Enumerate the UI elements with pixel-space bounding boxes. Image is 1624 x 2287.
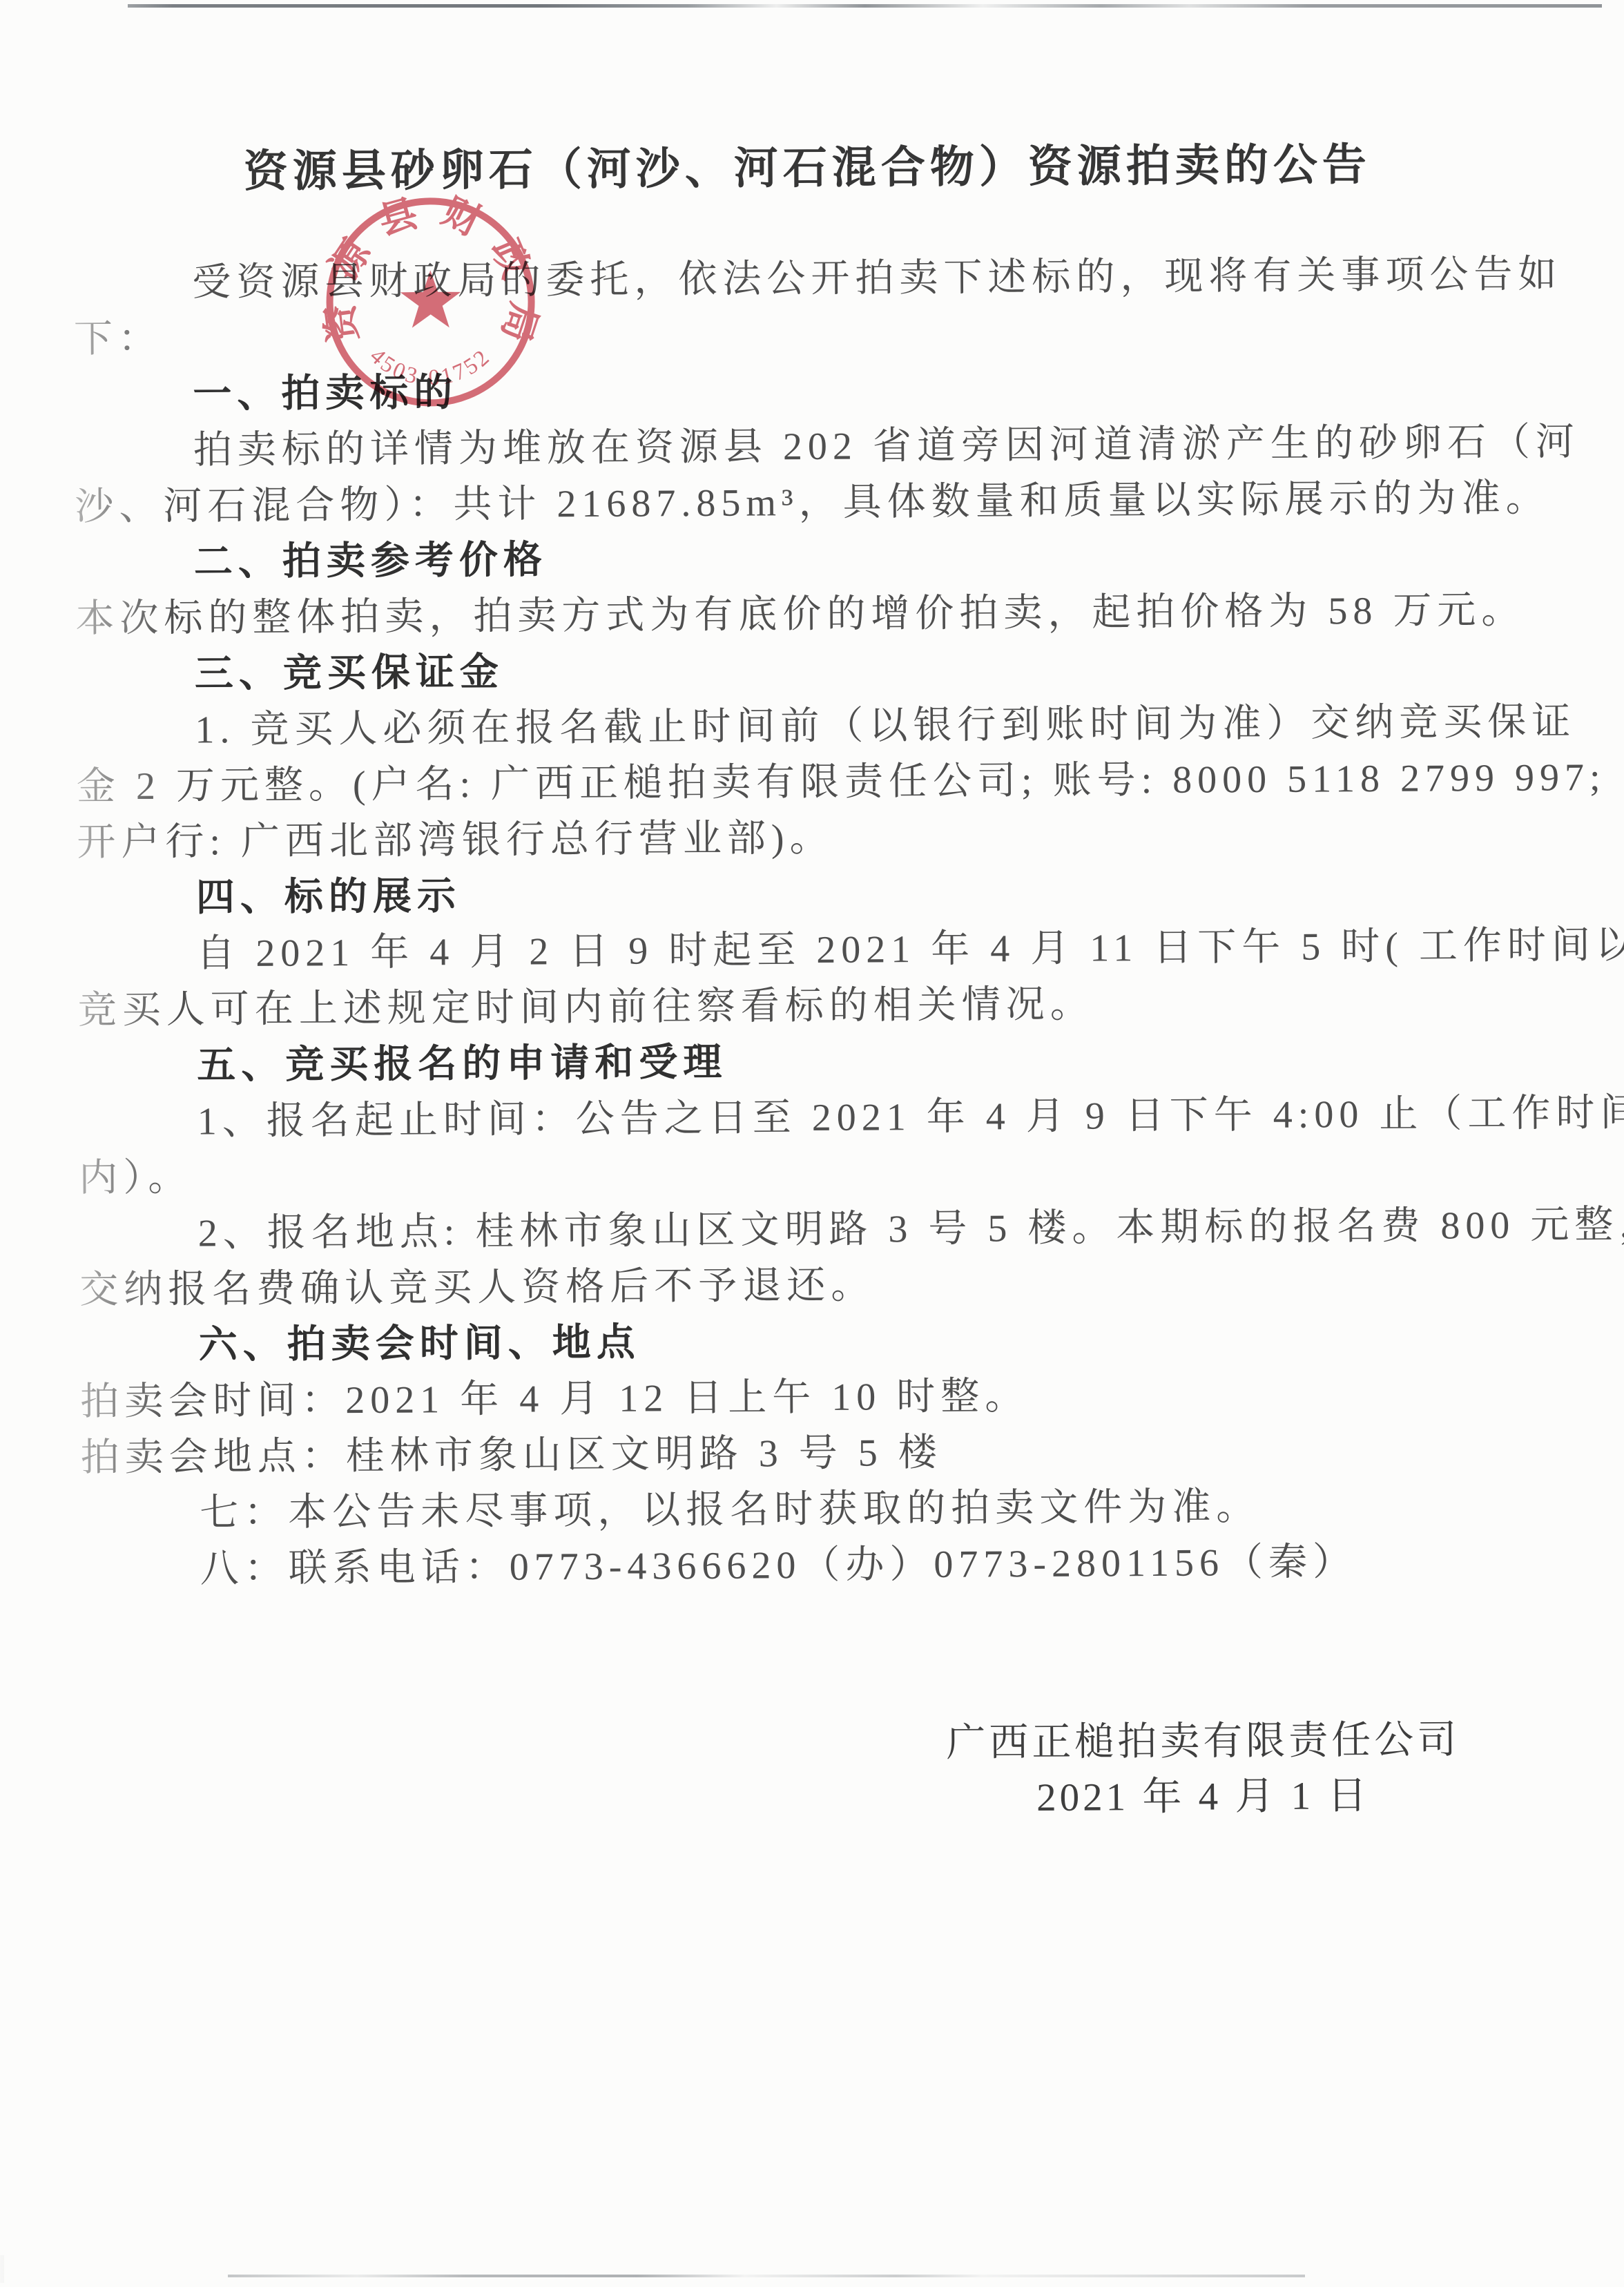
section-heading-1: 一、拍卖标的 [74,358,1586,423]
doc-line: 开户行: 广西北部湾银行总行营业部)。 [77,806,1589,871]
doc-line: 自 2021 年 4 月 2 日 9 时起至 2021 年 4 月 11 日下午… [77,918,1589,983]
signature-block: 广西正槌拍卖有限责任公司 2021 年 4 月 1 日 [930,1712,1476,1826]
scan-artifact-left-tick [0,2255,4,2283]
section-heading-4: 四、标的展示 [77,862,1589,927]
section-heading-5: 五、竞买报名的申请和受理 [78,1030,1590,1094]
section-heading-2: 二、拍卖参考价格 [75,526,1587,591]
seal-star-icon [400,270,461,328]
document-content: 资源县砂卵石（河沙、河石混合物）资源拍卖的公告 受资源县财政局的委托，依法公开拍… [0,0,1624,2287]
doc-line: 拍卖标的详情为堆放在资源县 202 省道旁因河道清淤产生的砂卵石（河 [75,414,1587,479]
signature-date: 2021 年 4 月 1 日 [931,1768,1476,1826]
doc-line: 竞买人可在上述规定时间内前往察看标的相关情况。 [78,974,1590,1039]
doc-line: 内）。 [79,1141,1591,1206]
doc-line: 1. 竞买人必须在报名截止时间前（以银行到账时间为准）交纳竞买保证 [76,694,1588,759]
doc-line: 拍卖会地点：桂林市象山区文明路 3 号 5 楼 [81,1421,1593,1486]
doc-line: 1、报名起止时间：公告之日至 2021 年 4 月 9 日下午 4:00 止（工… [79,1085,1591,1150]
doc-line: 交纳报名费确认竞买人资格后不予退还。 [79,1253,1592,1318]
doc-line: 沙、河石混合物）：共计 21687.85m³，具体数量和质量以实际展示的为准。 [75,470,1587,535]
document-page: 资源县砂卵石（河沙、河石混合物）资源拍卖的公告 受资源县财政局的委托，依法公开拍… [0,0,1624,2287]
doc-line: 八：联系电话：0773-4366620（办）0773-2801156（秦） [81,1533,1594,1598]
doc-line: 下： [74,302,1586,367]
doc-line: 2、报名地点: 桂林市象山区文明路 3 号 5 楼。本期标的报名费 800 元整… [79,1197,1592,1262]
section-heading-6: 六、拍卖会时间、地点 [80,1309,1592,1374]
doc-line: 拍卖会时间：2021 年 4 月 12 日上午 10 时整。 [80,1365,1592,1430]
doc-line: 本次标的整体拍卖，拍卖方式为有底价的增价拍卖，起拍价格为 58 万元。 [75,582,1587,647]
official-seal-stamp: 资源县财政局 4503 01752 [318,189,543,414]
signature-company: 广西正槌拍卖有限责任公司 [930,1712,1476,1771]
doc-line: 七：本公告未尽事项，以报名时获取的拍卖文件为准。 [81,1477,1593,1542]
page-title: 资源县砂卵石（河沙、河石混合物）资源拍卖的公告 [0,128,1620,201]
doc-line: 受资源县财政局的委托，依法公开拍卖下述标的，现将有关事项公告如 [73,247,1585,311]
section-heading-3: 三、竞买保证金 [76,638,1588,703]
document-body: 受资源县财政局的委托，依法公开拍卖下述标的，现将有关事项公告如 下： 一、拍卖标… [73,247,1594,1598]
doc-line: 金 2 万元整。(户名: 广西正槌拍卖有限责任公司; 账号: 8000 5118… [77,750,1589,815]
